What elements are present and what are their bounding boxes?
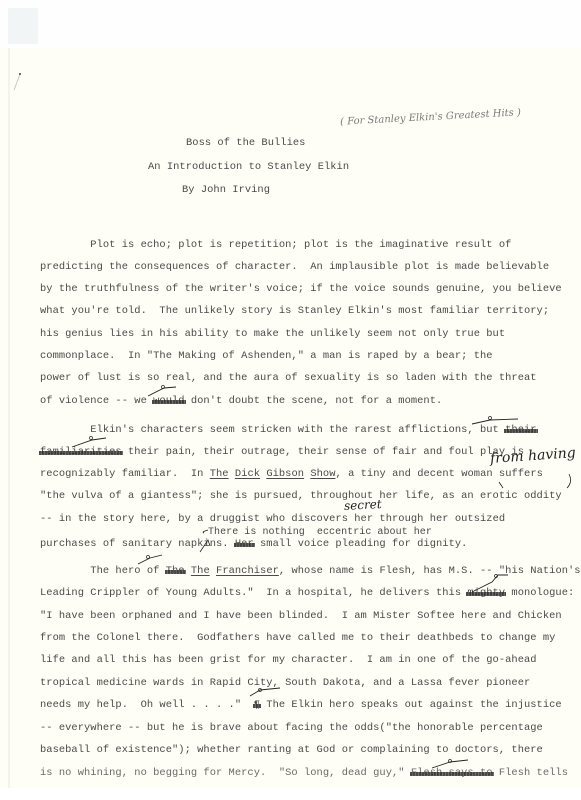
text-line: commonplace. In "The Making of Ashenden,… xyxy=(40,350,493,362)
manuscript-page: ( For Stanley Elkin's Greatest Hits ) Bo… xyxy=(0,0,581,800)
book-title-word: Gibson xyxy=(266,468,304,480)
text-line: purchases of sanitary napkins. Her small… xyxy=(40,538,467,550)
struck-word: Her xyxy=(235,538,254,550)
text-line: familiarities their pain, their outrage,… xyxy=(40,446,524,458)
document-subtitle: An Introduction to Stanley Elkin xyxy=(148,161,349,173)
text-span: of violence -- we xyxy=(40,395,153,407)
text-span: is no whining, no begging for Mercy. "So… xyxy=(40,767,411,779)
delete-mark-icon xyxy=(470,414,520,426)
scan-top-margin xyxy=(0,0,581,48)
text-span: their pain, their outrage, their sense o… xyxy=(122,446,524,458)
book-title-word: The xyxy=(191,565,210,577)
text-line: -- everywhere -- but he is brave about f… xyxy=(40,722,543,734)
book-title-word: Dick xyxy=(235,468,260,480)
delete-mark-icon xyxy=(136,552,166,566)
text-line: life and all this has been grist for my … xyxy=(40,654,537,666)
text-span: , whose name is Flesh, has M.S. -- "his … xyxy=(279,565,581,577)
text-span: recognizably familiar. In xyxy=(40,468,210,480)
text-span: Leading Crippler of Young Adults." In a … xyxy=(40,587,467,599)
delete-mark-icon xyxy=(146,384,178,398)
text-line: baseball of existence"); whether ranting… xyxy=(40,744,543,756)
pen-stroke-mark xyxy=(12,72,22,92)
text-line: recognizably familiar. In The Dick Gibso… xyxy=(40,468,543,480)
document-title: Boss of the Bullies xyxy=(186,137,305,149)
text-line: by the truthfulness of the writer's voic… xyxy=(40,283,562,295)
text-line: from the Colonel there. Godfathers have … xyxy=(40,632,555,644)
text-span: The Elkin hero speaks out against the in… xyxy=(260,699,562,711)
text-line: Plot is echo; plot is repetition; plot i… xyxy=(40,239,511,251)
scan-bottom-margin xyxy=(0,788,581,800)
text-line: needs my help. Oh well . . . ." ¶ The El… xyxy=(40,699,562,711)
text-span: small voice pleading for dignity. xyxy=(254,538,468,550)
text-line: tropical medicine wards in Rapid City, S… xyxy=(40,677,530,689)
text-line: "I have been orphaned and I have been bl… xyxy=(40,610,562,622)
delete-mark-icon xyxy=(70,435,110,449)
text-span: -- in the story here, by a druggist who … xyxy=(40,513,373,525)
scan-corner-tint xyxy=(8,8,38,44)
text-span: monologue: xyxy=(505,587,574,599)
book-title-word: Show xyxy=(310,468,335,480)
struck-word: ¶ xyxy=(254,699,260,711)
caret-insert-mark-icon xyxy=(198,528,218,554)
text-line: what you're told. The unlikely story is … xyxy=(40,305,549,317)
caret-insert-mark-icon xyxy=(497,472,577,492)
delete-mark-icon xyxy=(430,758,470,770)
delete-mark-icon xyxy=(470,572,510,594)
text-span: Flesh tells xyxy=(493,767,568,779)
text-line: his genius lies in his ability to make t… xyxy=(40,328,505,340)
text-span: needs my help. Oh well . . . ." xyxy=(40,699,254,711)
handwritten-insert: secret xyxy=(344,497,382,513)
text-line: power of lust is so real, and the aura o… xyxy=(40,372,537,384)
document-byline: By John Irving xyxy=(182,184,270,196)
delete-mark-icon xyxy=(248,686,282,698)
text-span: don't doubt the scene, not for a moment. xyxy=(185,395,443,407)
book-title-word: Franchiser xyxy=(216,565,279,577)
scan-left-edge xyxy=(8,48,10,800)
text-line: "the vulva of a giantess"; she is pursue… xyxy=(40,490,562,502)
text-line: predicting the consequences of character… xyxy=(40,261,549,273)
text-line: is no whining, no begging for Mercy. "So… xyxy=(40,767,568,779)
text-span: through her outsized xyxy=(373,513,505,525)
text-line: -- in the story here, by a druggist who … xyxy=(40,513,505,525)
handwritten-note: ( For Stanley Elkin's Greatest Hits ) xyxy=(340,107,521,127)
text-span: The hero of xyxy=(40,565,166,577)
struck-word: The xyxy=(166,565,185,577)
book-title-word: The xyxy=(210,468,229,480)
text-line: Elkin's characters seem stricken with th… xyxy=(40,424,537,436)
text-line: of violence -- we would don't doubt the … xyxy=(40,395,442,407)
